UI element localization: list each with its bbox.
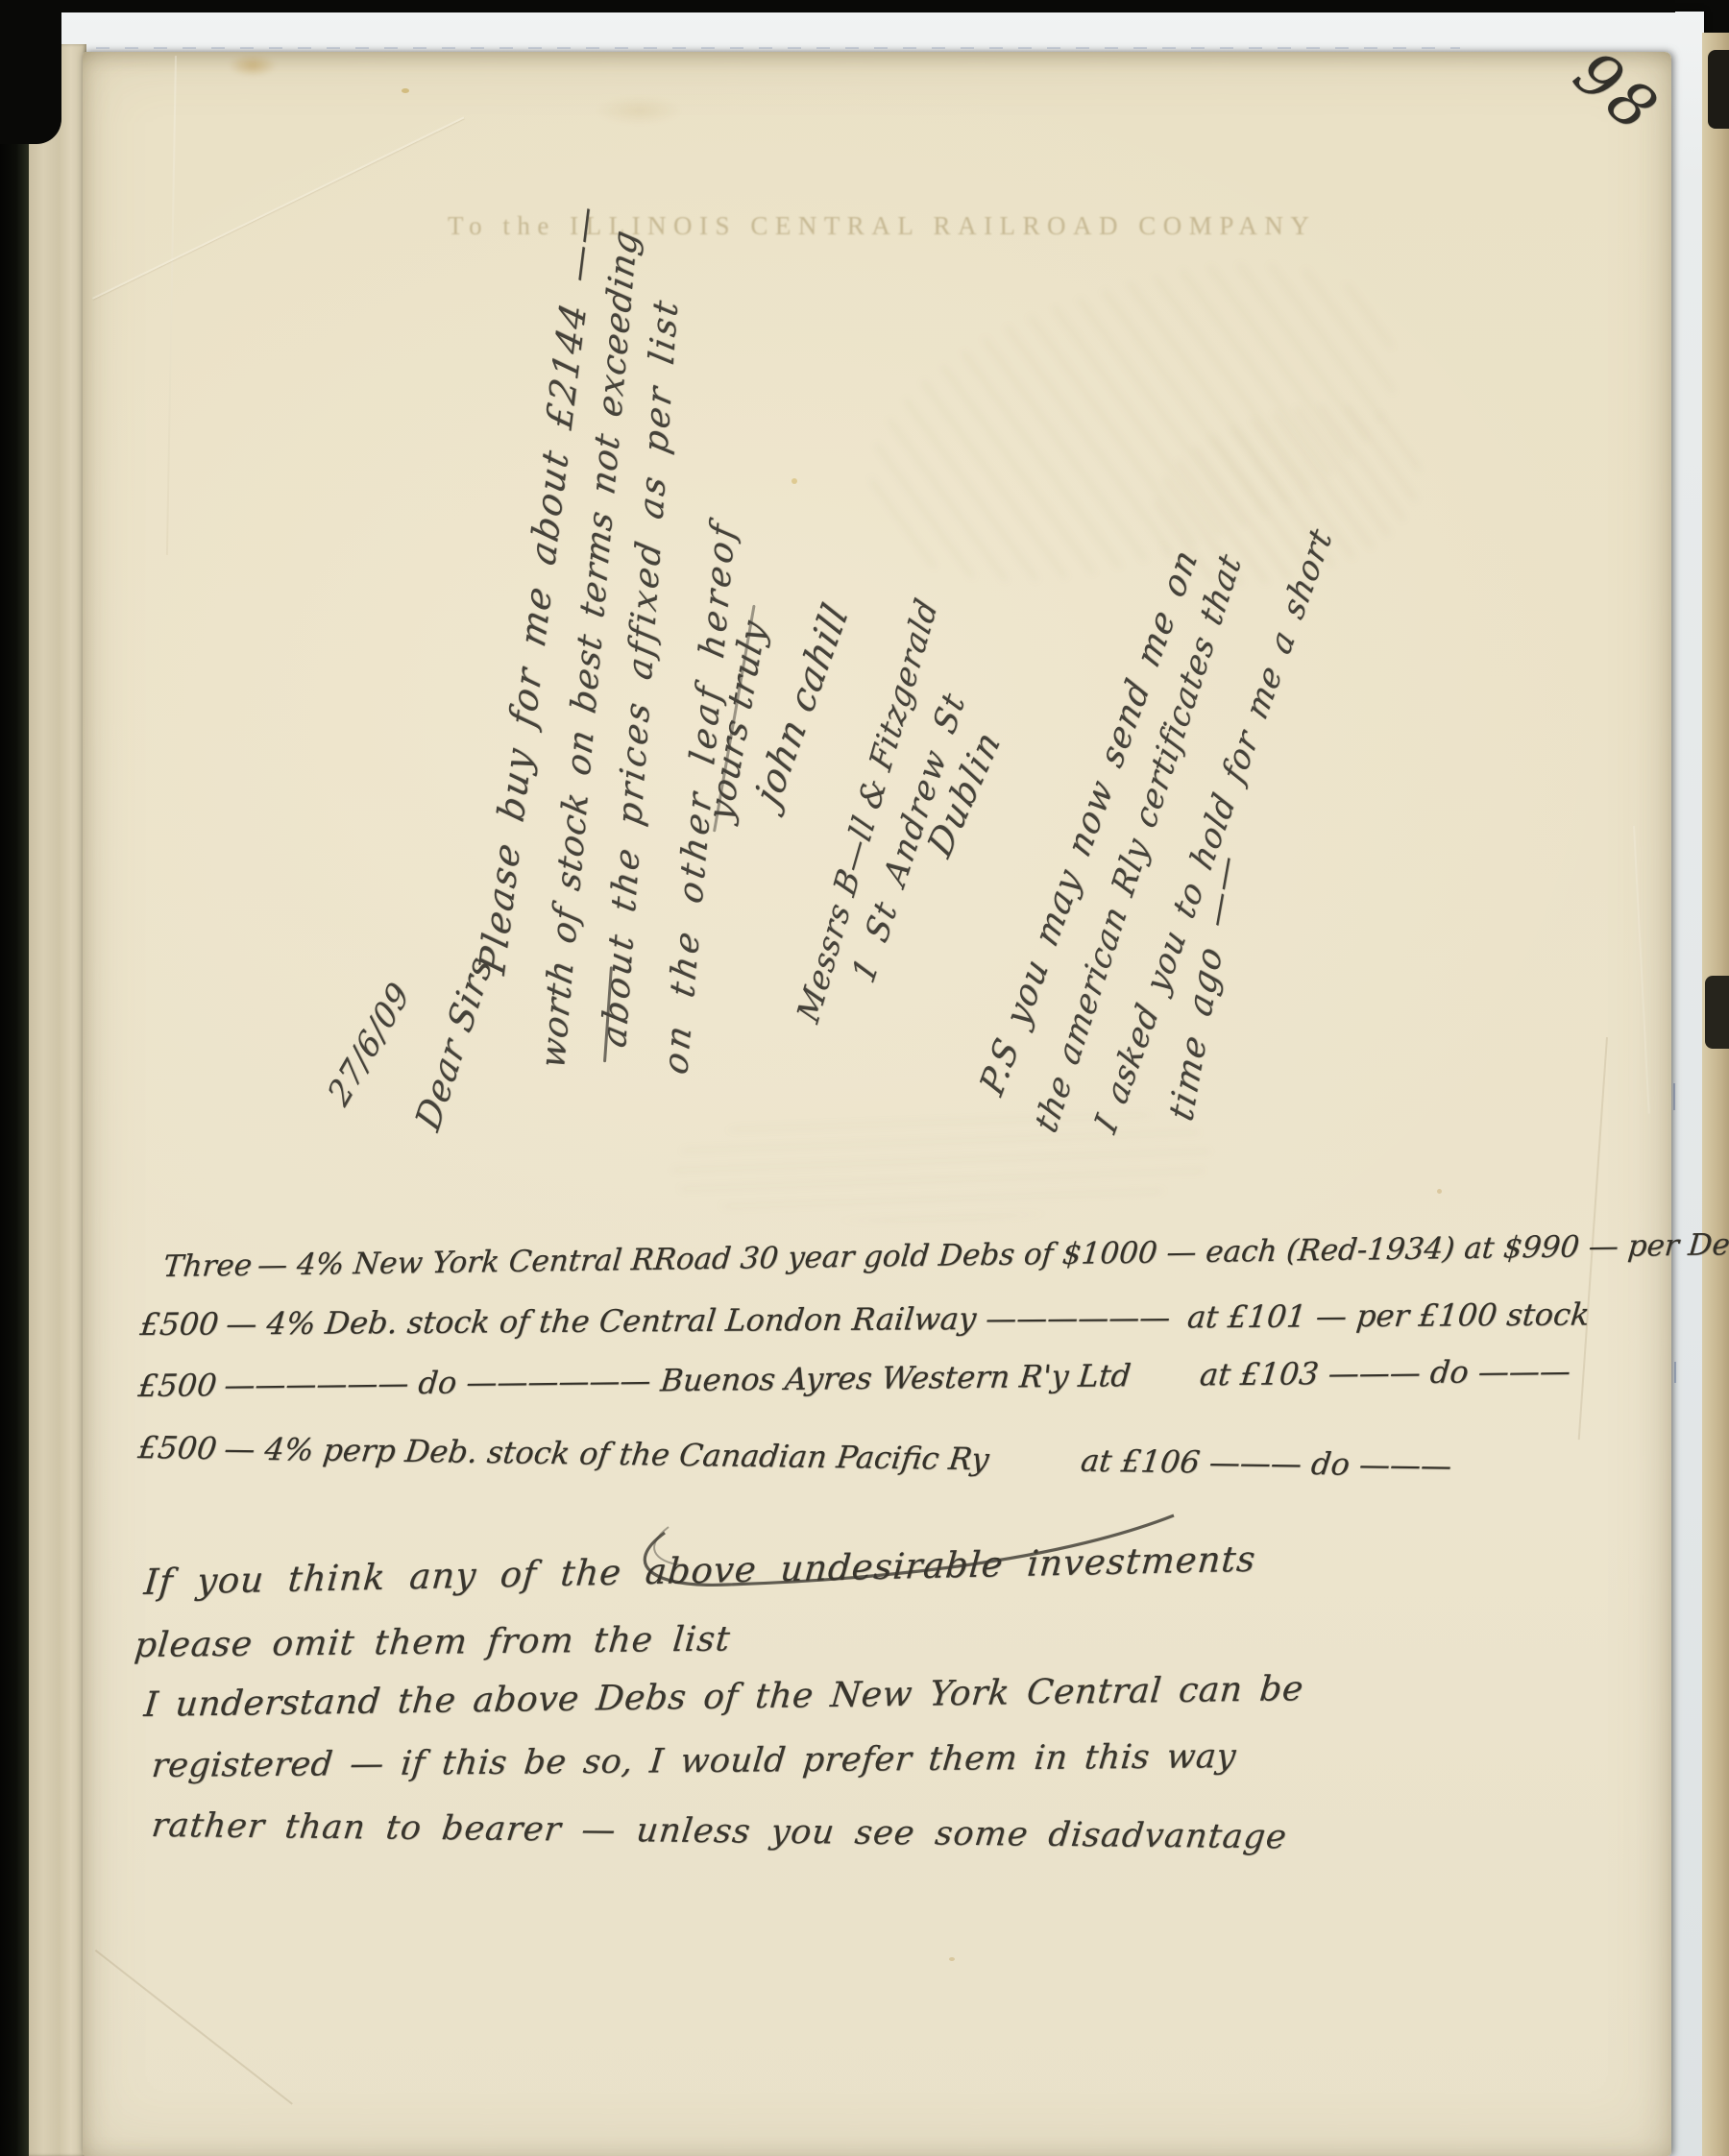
- paper-speck: [402, 88, 409, 93]
- back-page-edge: [1702, 33, 1729, 2156]
- paper-stain: [596, 96, 682, 125]
- order-amount: £500: [136, 1367, 218, 1404]
- book-spine-corner: [0, 0, 61, 144]
- paper-stain: [229, 54, 277, 77]
- blue-edge-mark: [1674, 1362, 1676, 1383]
- binding-mark-mid: [1705, 976, 1729, 1049]
- order-description: — 4% Deb. stock of the Central London Ra…: [225, 1299, 1173, 1343]
- binding-mark-top: [1708, 50, 1729, 129]
- paper-speck: [791, 478, 797, 484]
- order-price: at $990 — per Deb: [1463, 1227, 1729, 1266]
- paper-speck: [949, 1957, 955, 1961]
- top-shadow-band: [0, 0, 1675, 12]
- order-amount: £500: [136, 1429, 219, 1466]
- blue-edge-mark: [1673, 1083, 1675, 1110]
- note-line: please omit them from the list: [133, 1620, 732, 1664]
- order-amount: Three: [161, 1248, 253, 1284]
- order-price: at £103 ——— do ———: [1198, 1352, 1571, 1393]
- order-amount: £500: [138, 1305, 220, 1343]
- backing-sheet-edge: [67, 47, 1460, 49]
- order-price: at £101 — per £100 stock: [1185, 1296, 1591, 1335]
- paper-speck: [1437, 1189, 1442, 1194]
- left-page-edges: [25, 44, 86, 2156]
- book-spine: [0, 0, 29, 2156]
- scanned-letter-page: To the ILLINOIS CENTRAL RAILROAD COMPANY…: [0, 0, 1729, 2156]
- order-price: at £106 ——— do ———: [1079, 1442, 1453, 1484]
